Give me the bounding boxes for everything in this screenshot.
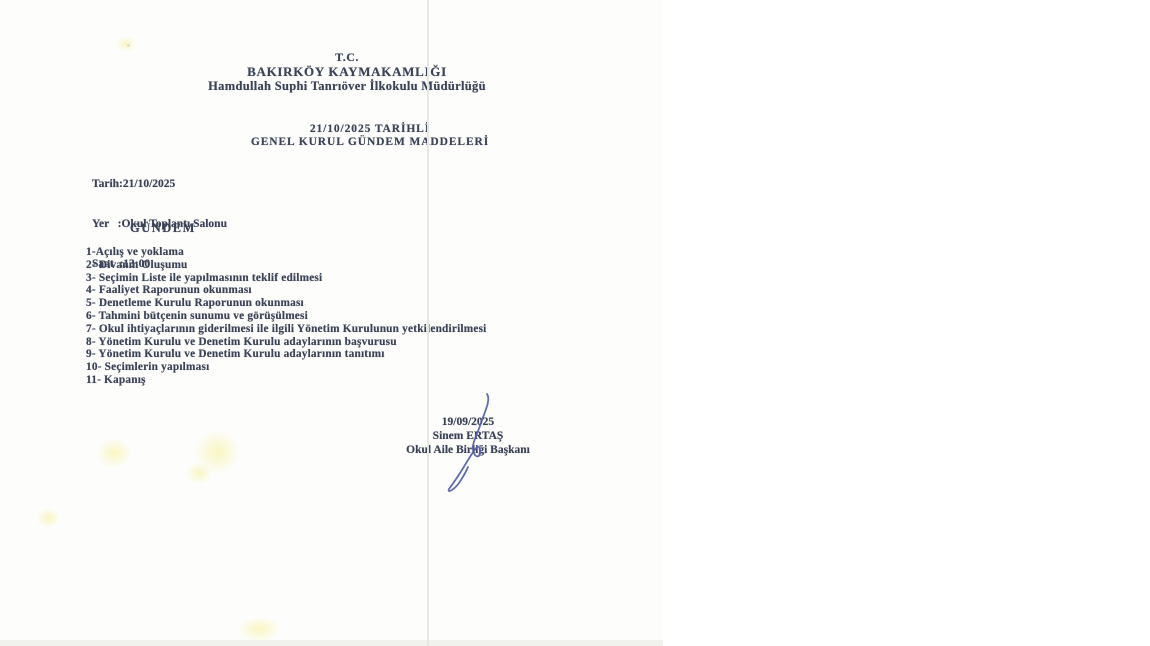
agenda-item: 6- Tahmini bütçenin sunumu ve görüşülmes… (86, 310, 646, 323)
agenda-item: 9- Yönetim Kurulu ve Denetim Kurulu aday… (86, 348, 646, 361)
agenda-item: 11- Kapanış (86, 374, 646, 387)
letterhead-district-line: BAKIRKÖY KAYMAKAMLIĞI (0, 64, 694, 79)
document-title: 21/10/2025 TARİHLİ GENEL KURUL GÜNDEM MA… (60, 123, 680, 149)
scanned-document-page: T.C. BAKIRKÖY KAYMAKAMLIĞI Hamdullah Sup… (0, 0, 1150, 646)
paper-sheet: T.C. BAKIRKÖY KAYMAKAMLIĞI Hamdullah Sup… (0, 0, 663, 643)
scan-speck (127, 44, 130, 47)
agenda-item: 10- Seçimlerin yapılması (86, 361, 646, 374)
agenda-item: 3- Seçimin Liste ile yapılmasının teklif… (86, 272, 646, 285)
agenda-heading: GÜNDEM (130, 221, 196, 236)
handwritten-signature (430, 390, 512, 498)
fold-crease-line (427, 0, 429, 646)
paper-stain (36, 508, 60, 528)
paper-bottom-edge (0, 640, 663, 646)
meeting-date-line: Tarih:21/10/2025 (92, 178, 227, 191)
paper-stain (186, 462, 212, 484)
paper-stain (194, 430, 240, 474)
signature-stroke (449, 394, 489, 491)
document-title-date-line: 21/10/2025 TARİHLİ (60, 123, 680, 136)
letterhead-republic-line: T.C. (0, 50, 694, 64)
agenda-item: 8- Yönetim Kurulu ve Denetim Kurulu aday… (86, 336, 646, 349)
agenda-item: 5- Denetleme Kurulu Raporunun okunması (86, 297, 646, 310)
agenda-item: 2- Divanın Oluşumu (86, 259, 646, 272)
paper-stain (96, 438, 132, 468)
agenda-list: 1-Açılış ve yoklama 2- Divanın Oluşumu 3… (86, 246, 646, 387)
agenda-item: 7- Okul ihtiyaçlarının giderilmesi ile i… (86, 323, 646, 336)
letterhead: T.C. BAKIRKÖY KAYMAKAMLIĞI Hamdullah Sup… (0, 50, 694, 94)
document-title-subject-line: GENEL KURUL GÜNDEM MADDELERİ (60, 136, 680, 149)
letterhead-school-line: Hamdullah Suphi Tanrıöver İlkokulu Müdür… (0, 79, 694, 94)
agenda-item: 1-Açılış ve yoklama (86, 246, 646, 259)
agenda-item: 4- Faaliyet Raporunun okunması (86, 284, 646, 297)
paper-stain (238, 616, 280, 642)
